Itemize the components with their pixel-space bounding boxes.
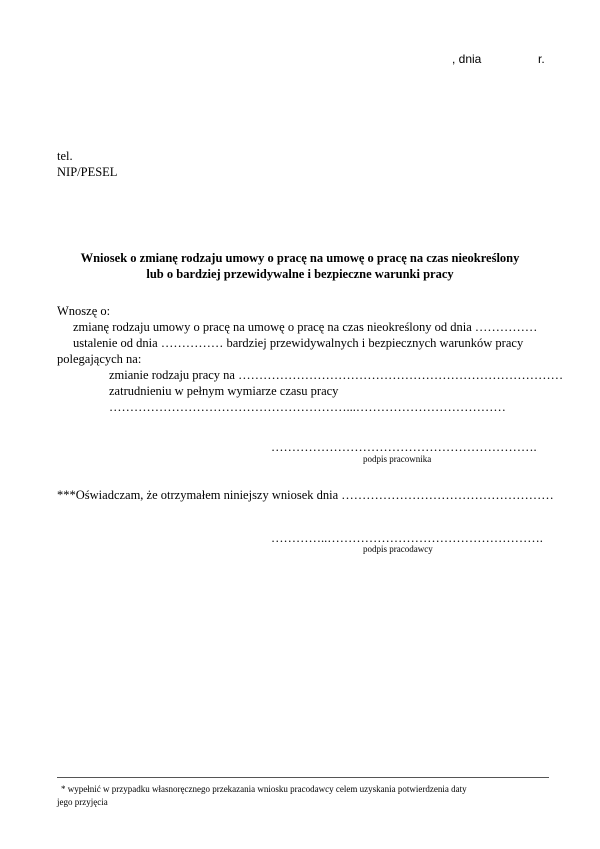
option-contract-change: zmianę rodzaju umowy o pracę na umowę o … bbox=[73, 320, 537, 335]
footnote-divider bbox=[57, 777, 549, 778]
option-working-conditions: ustalenie od dnia …………… bardziej przewid… bbox=[73, 336, 523, 351]
document-title: Wniosek o zmianę rodzaju umowy o pracę n… bbox=[0, 250, 600, 282]
employee-signature-label: podpis pracownika bbox=[363, 454, 431, 464]
sub-option-work-type: zmianie rodzaju pracy na ………………………………………… bbox=[109, 368, 563, 383]
sub-option-full-time: zatrudnieniu w pełnym wymiarze czasu pra… bbox=[109, 384, 338, 399]
tel-label: tel. bbox=[57, 149, 73, 164]
employee-signature-line: ………………………………………………………. bbox=[271, 440, 537, 455]
date-suffix: r. bbox=[538, 52, 545, 66]
sub-option-other: …………………………………………………...……………………………… bbox=[109, 400, 506, 415]
footnote-line-1: * wypełnić w przypadku własnoręcznego pr… bbox=[61, 784, 467, 794]
request-intro: Wnoszę o: bbox=[57, 304, 110, 319]
title-line-1: Wniosek o zmianę rodzaju umowy o pracę n… bbox=[0, 250, 600, 266]
title-line-2: lub o bardziej przewidywalne i bezpieczn… bbox=[0, 266, 600, 282]
consisting-of-label: polegających na: bbox=[57, 352, 141, 367]
employer-signature-label: podpis pracodawcy bbox=[363, 544, 433, 554]
date-place-label: , dnia bbox=[452, 52, 481, 66]
nip-pesel-label: NIP/PESEL bbox=[57, 165, 117, 180]
receipt-declaration: ***Oświadczam, że otrzymałem niniejszy w… bbox=[57, 488, 554, 503]
footnote-line-2: jego przyjęcia bbox=[57, 797, 108, 807]
